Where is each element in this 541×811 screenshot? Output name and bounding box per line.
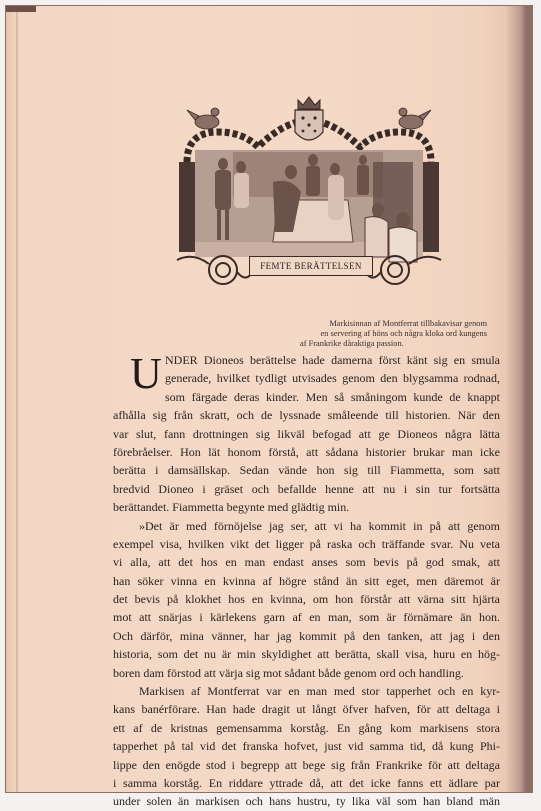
right-pillar (423, 162, 439, 252)
body-text: U NDER Dioneos berättelse hade damerna f… (128, 351, 500, 800)
crown-icon (298, 97, 320, 109)
opening-paragraph: U NDER Dioneos berättelse hade damerna f… (128, 351, 500, 406)
caption-line: Markisinnan af Montferrat tillbakavisar … (287, 319, 487, 329)
page-corner-mark (6, 6, 36, 12)
page-gutter (16, 6, 18, 792)
text-line: tapperhet på tal vid det franska hofvet,… (113, 737, 500, 755)
text-line: var slut, fann drottningen sig likväl be… (113, 425, 500, 443)
text-line: generade, hvilket tydligt utvisades geno… (128, 369, 500, 387)
caption-line: en servering af höns och några kloka ord… (287, 329, 487, 339)
text-line: Och därför, mina vänner, har jag kommit … (113, 627, 500, 645)
fleur-de-lis-shield-icon (295, 110, 323, 140)
text-line: bredvid Dioneo i gräset och befallde hen… (113, 480, 500, 498)
text-line: det bevis på klokhet hos en kvinna, om h… (113, 590, 500, 608)
text-line: han söker vinna en kvinna af högre stånd… (113, 572, 500, 590)
text-line: NDER Dioneos berättelse hade damerna för… (128, 351, 500, 369)
text-line: berättandet. Fiammetta begynte med glädt… (113, 498, 500, 516)
text-line: historia, som det nu är min skyldighet a… (113, 645, 500, 663)
text-line: boren dam förstod att värja sig mot såda… (113, 664, 500, 682)
text-line: exempel visa, hvilken vikt det ligger på… (113, 535, 500, 553)
text-line: mot att snärjas i kärlekens garn af en m… (113, 608, 500, 626)
text-line: »Det är med förnöjelse jag ser, att vi h… (113, 517, 500, 535)
rooster-icon (187, 108, 219, 129)
text-line: berätta i damsällskap. Sedan vände hon s… (113, 461, 500, 479)
text-line: kans banérförare. Han hade dragit ut lån… (113, 700, 500, 718)
chapter-title-plate: FEMTE BERÄTTELSEN (249, 256, 373, 276)
caption-line: af Frankrike dåraktiga passion. (287, 339, 487, 349)
rooster-icon (399, 108, 431, 129)
text-line: ett af de kristnas gemensamma korståg. E… (113, 719, 500, 737)
text-line: Markisen af Montferrat var en man med st… (113, 682, 500, 700)
drop-cap: U (130, 354, 162, 394)
text-line: som färgade deras kinder. Men så småning… (128, 388, 500, 406)
left-pillar (179, 162, 195, 252)
text-line: i samma korståg. En riddare yttrade då, … (113, 774, 500, 792)
illustration-caption: Markisinnan af Montferrat tillbakavisar … (287, 319, 487, 349)
text-line: lippe den enögde stod i begrepp att bege… (113, 756, 500, 774)
text-line: under solen än markisen och hans hustru,… (113, 792, 500, 800)
text-line: förebråelser. Hon lät honom förstå, att … (113, 443, 500, 461)
text-line: afhålla sig från skratt, och de lyssnade… (113, 406, 500, 424)
text-line: vi alla, att det hos en man endast anses… (113, 553, 500, 571)
